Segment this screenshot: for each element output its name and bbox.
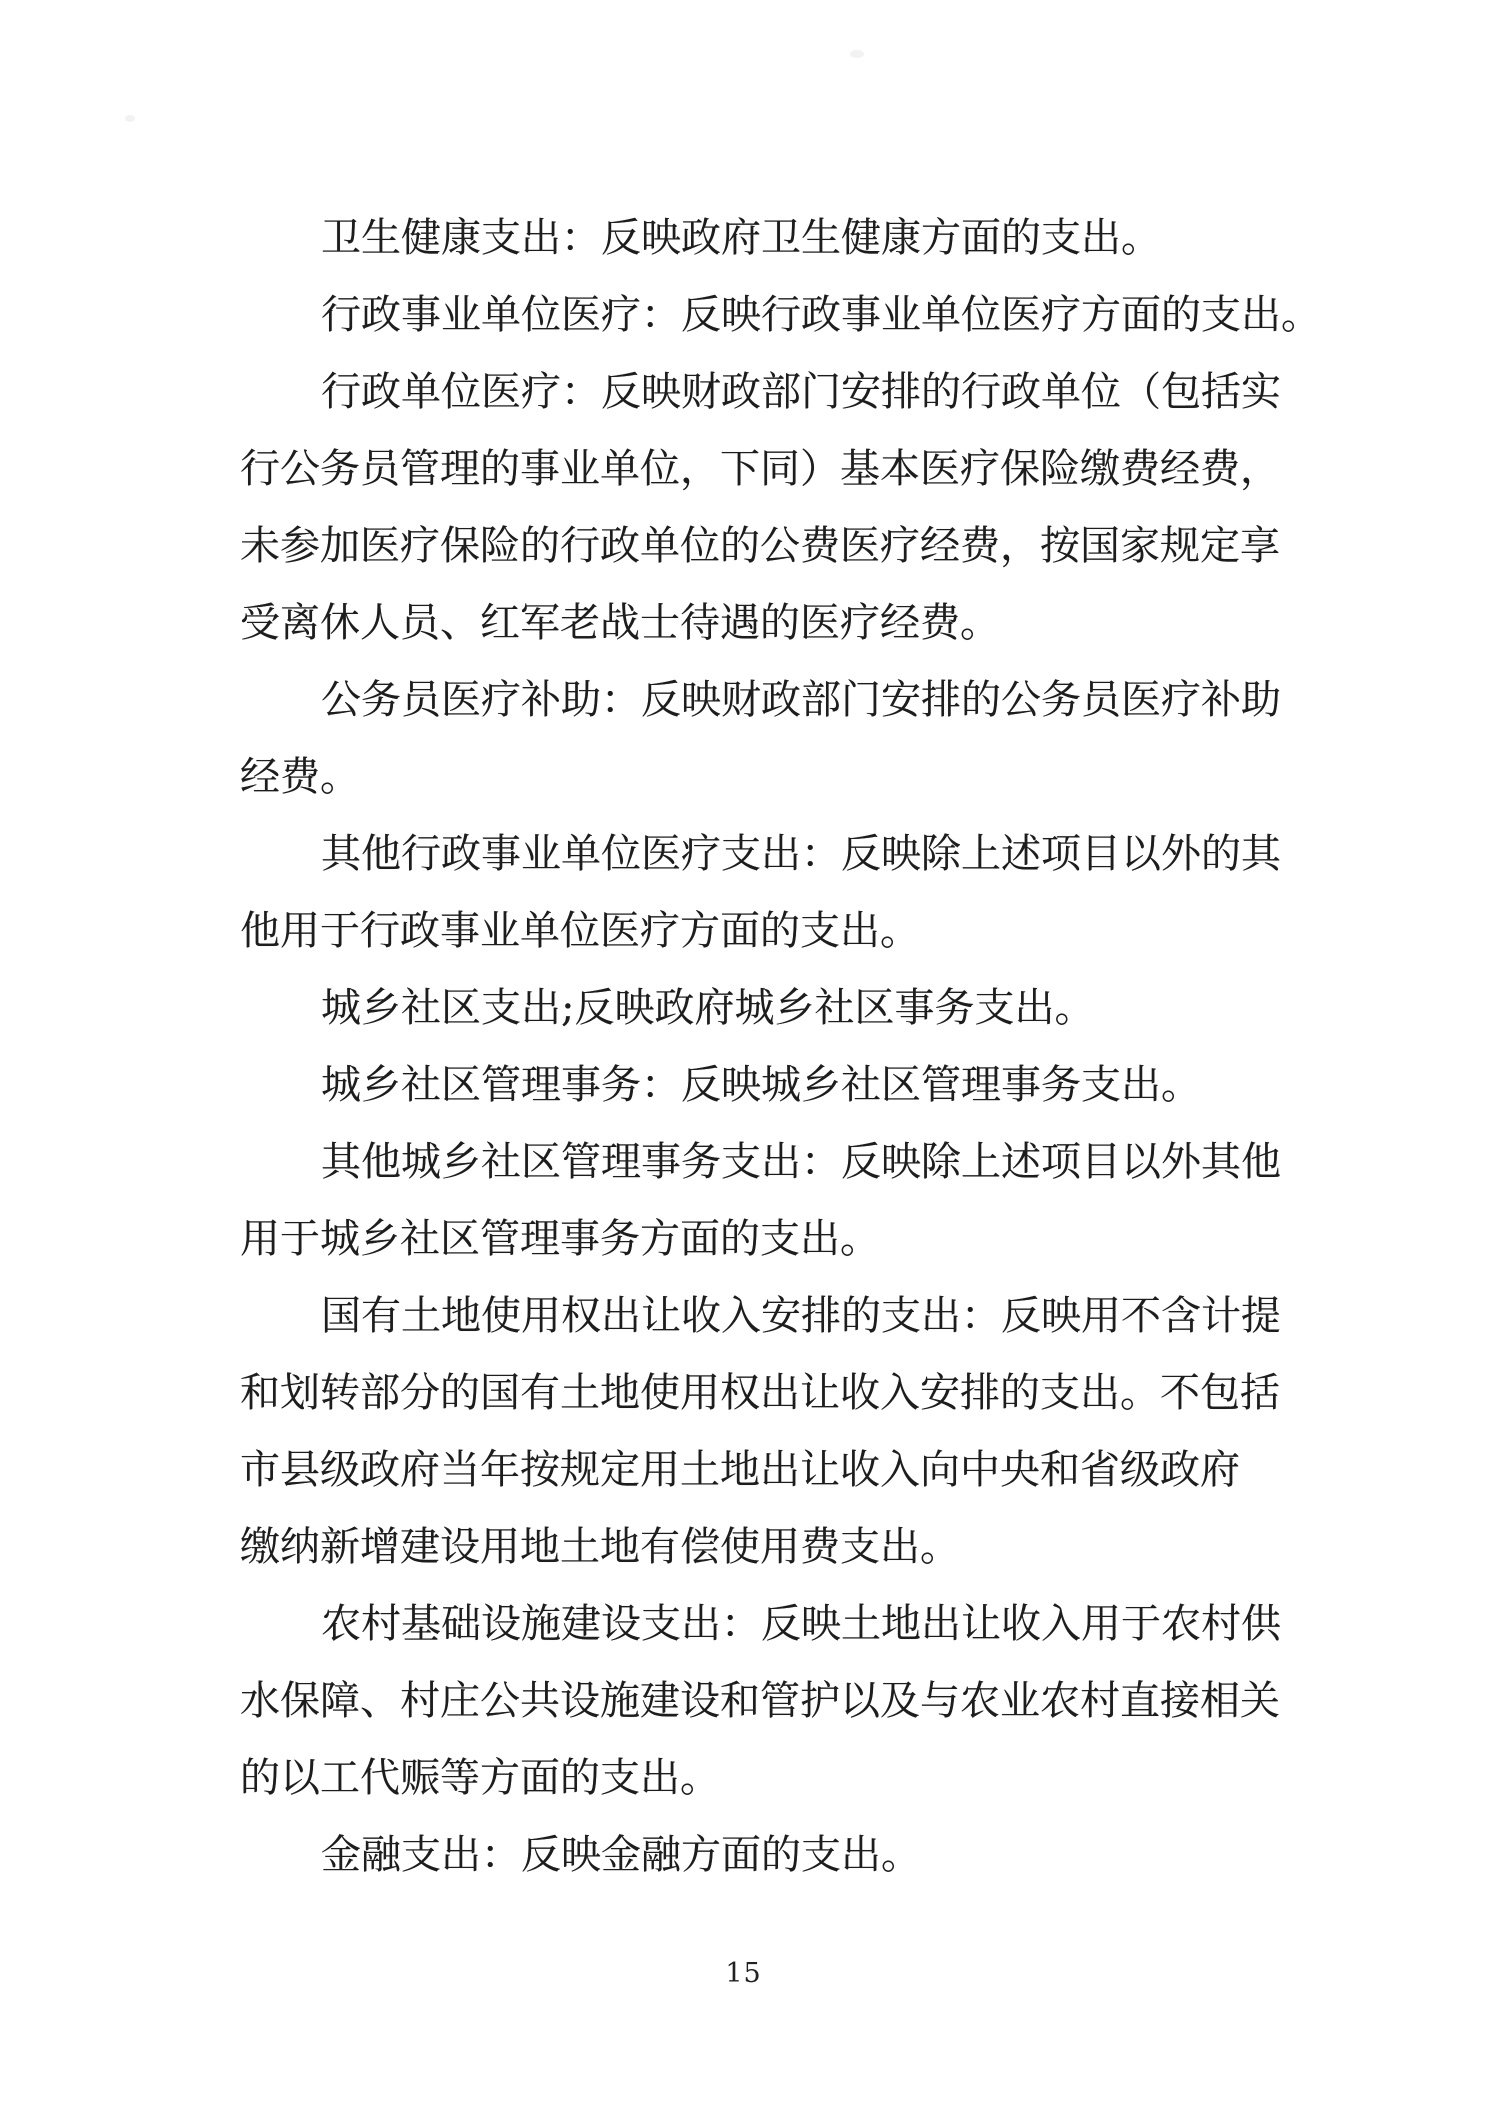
text-line: 未参加医疗保险的行政单位的公费医疗经费，按国家规定享 — [240, 508, 1340, 585]
text-line: 卫生健康支出：反映政府卫生健康方面的支出。 — [240, 200, 1340, 277]
page-number: 15 — [0, 1958, 1487, 1990]
document-body: 卫生健康支出：反映政府卫生健康方面的支出。行政事业单位医疗：反映行政事业单位医疗… — [240, 200, 1340, 1894]
text-line: 他用于行政事业单位医疗方面的支出。 — [240, 893, 1340, 970]
text-line: 农村基础设施建设支出：反映土地出让收入用于农村供 — [240, 1586, 1340, 1663]
text-line: 行公务员管理的事业单位，下同）基本医疗保险缴费经费， — [240, 431, 1340, 508]
document-page: 卫生健康支出：反映政府卫生健康方面的支出。行政事业单位医疗：反映行政事业单位医疗… — [0, 0, 1487, 2102]
text-line: 受离休人员、红军老战士待遇的医疗经费。 — [240, 585, 1340, 662]
scan-artifact — [850, 50, 864, 58]
text-line: 国有土地使用权出让收入安排的支出：反映用不含计提 — [240, 1278, 1340, 1355]
text-line: 行政单位医疗：反映财政部门安排的行政单位（包括实 — [240, 354, 1340, 431]
text-line: 其他行政事业单位医疗支出：反映除上述项目以外的其 — [240, 816, 1340, 893]
text-line: 经费。 — [240, 739, 1340, 816]
text-line: 的以工代赈等方面的支出。 — [240, 1740, 1340, 1817]
text-line: 其他城乡社区管理事务支出：反映除上述项目以外其他 — [240, 1124, 1340, 1201]
text-line: 缴纳新增建设用地土地有偿使用费支出。 — [240, 1509, 1340, 1586]
text-line: 城乡社区支出;反映政府城乡社区事务支出。 — [240, 970, 1340, 1047]
text-line: 行政事业单位医疗：反映行政事业单位医疗方面的支出。 — [240, 277, 1340, 354]
text-line: 水保障、村庄公共设施建设和管护以及与农业农村直接相关 — [240, 1663, 1340, 1740]
text-line: 金融支出：反映金融方面的支出。 — [240, 1817, 1340, 1894]
text-line: 用于城乡社区管理事务方面的支出。 — [240, 1201, 1340, 1278]
text-line: 公务员医疗补助：反映财政部门安排的公务员医疗补助 — [240, 662, 1340, 739]
text-line: 市县级政府当年按规定用土地出让收入向中央和省级政府 — [240, 1432, 1340, 1509]
scan-artifact — [125, 115, 135, 122]
text-line: 城乡社区管理事务：反映城乡社区管理事务支出。 — [240, 1047, 1340, 1124]
text-line: 和划转部分的国有土地使用权出让收入安排的支出。不包括 — [240, 1355, 1340, 1432]
